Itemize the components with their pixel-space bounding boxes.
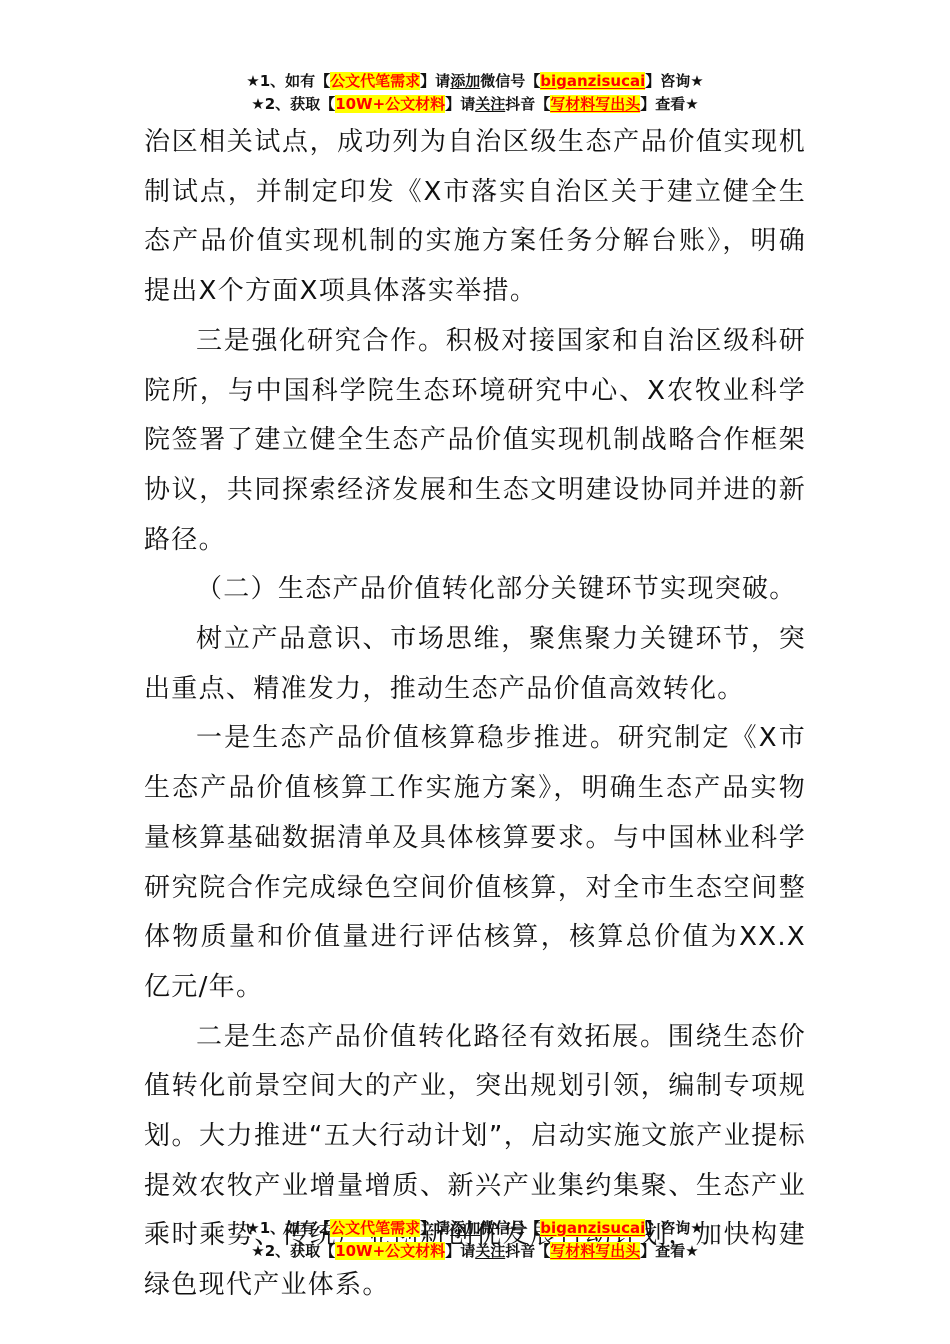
banner-text: 】查看★ bbox=[640, 95, 698, 113]
underline-add: 添加 bbox=[450, 1219, 480, 1237]
paragraph-research-cooperation: 三是强化研究合作。积极对接国家和自治区级科研院所，与中国科学院生态环境研究中心、… bbox=[144, 317, 806, 566]
banner-text: ★1、如有【 bbox=[246, 1219, 330, 1237]
header-banner: ★1、如有【公文代笔需求】请添加微信号【biganzisucai】咨询★ ★2、… bbox=[0, 70, 950, 116]
underline-follow: 关注 bbox=[475, 95, 505, 113]
banner-text: 】咨询★ bbox=[645, 1219, 703, 1237]
wechat-id[interactable]: biganzisucai bbox=[540, 1219, 645, 1237]
footer-banner: ★1、如有【公文代笔需求】请添加微信号【biganzisucai】咨询★ ★2、… bbox=[0, 1217, 950, 1263]
banner-text: 抖音【 bbox=[505, 95, 550, 113]
banner-text: 抖音【 bbox=[505, 1242, 550, 1260]
douyin-account[interactable]: 写材料写出头 bbox=[550, 95, 640, 113]
section-heading-2: （二）生态产品价值转化部分关键环节实现突破。 bbox=[144, 565, 806, 615]
paragraph-value-accounting: 一是生态产品价值核算稳步推进。研究制定《X市生态产品价值核算工作实施方案》，明确… bbox=[144, 714, 806, 1012]
banner-text: ★1、如有【 bbox=[246, 72, 330, 90]
douyin-account[interactable]: 写材料写出头 bbox=[550, 1242, 640, 1260]
banner-line-1: ★1、如有【公文代笔需求】请添加微信号【biganzisucai】咨询★ bbox=[0, 1217, 950, 1240]
banner-text: 】请 bbox=[445, 95, 475, 113]
document-body: 治区相关试点，成功列为自治区级生态产品价值实现机制试点，并制定印发《X市落实自治… bbox=[144, 118, 806, 1311]
banner-text: 】请 bbox=[445, 1242, 475, 1260]
banner-text: ★2、获取【 bbox=[251, 1242, 335, 1260]
highlight-materials: 10W+公文材料 bbox=[335, 95, 445, 113]
underline-add: 添加 bbox=[450, 72, 480, 90]
banner-text: 微信号【 bbox=[480, 72, 540, 90]
highlight-materials: 10W+公文材料 bbox=[335, 1242, 445, 1260]
highlight-service: 公文代笔需求 bbox=[330, 72, 420, 90]
banner-line-1: ★1、如有【公文代笔需求】请添加微信号【biganzisucai】咨询★ bbox=[0, 70, 950, 93]
banner-text: 】请 bbox=[420, 1219, 450, 1237]
banner-text: 微信号【 bbox=[480, 1219, 540, 1237]
banner-line-2: ★2、获取【10W+公文材料】请关注抖音【写材料写出头】查看★ bbox=[0, 1240, 950, 1263]
paragraph-continuation: 治区相关试点，成功列为自治区级生态产品价值实现机制试点，并制定印发《X市落实自治… bbox=[144, 118, 806, 317]
highlight-service: 公文代笔需求 bbox=[330, 1219, 420, 1237]
paragraph-conversion-paths: 二是生态产品价值转化路径有效拓展。围绕生态价值转化前景空间大的产业，突出规划引领… bbox=[144, 1013, 806, 1311]
wechat-id[interactable]: biganzisucai bbox=[540, 72, 645, 90]
banner-line-2: ★2、获取【10W+公文材料】请关注抖音【写材料写出头】查看★ bbox=[0, 93, 950, 116]
banner-text: 】咨询★ bbox=[645, 72, 703, 90]
banner-text: 】查看★ bbox=[640, 1242, 698, 1260]
banner-text: 】请 bbox=[420, 72, 450, 90]
underline-follow: 关注 bbox=[475, 1242, 505, 1260]
paragraph-intro: 树立产品意识、市场思维，聚焦聚力关键环节，突出重点、精准发力，推动生态产品价值高… bbox=[144, 615, 806, 714]
banner-text: ★2、获取【 bbox=[251, 95, 335, 113]
